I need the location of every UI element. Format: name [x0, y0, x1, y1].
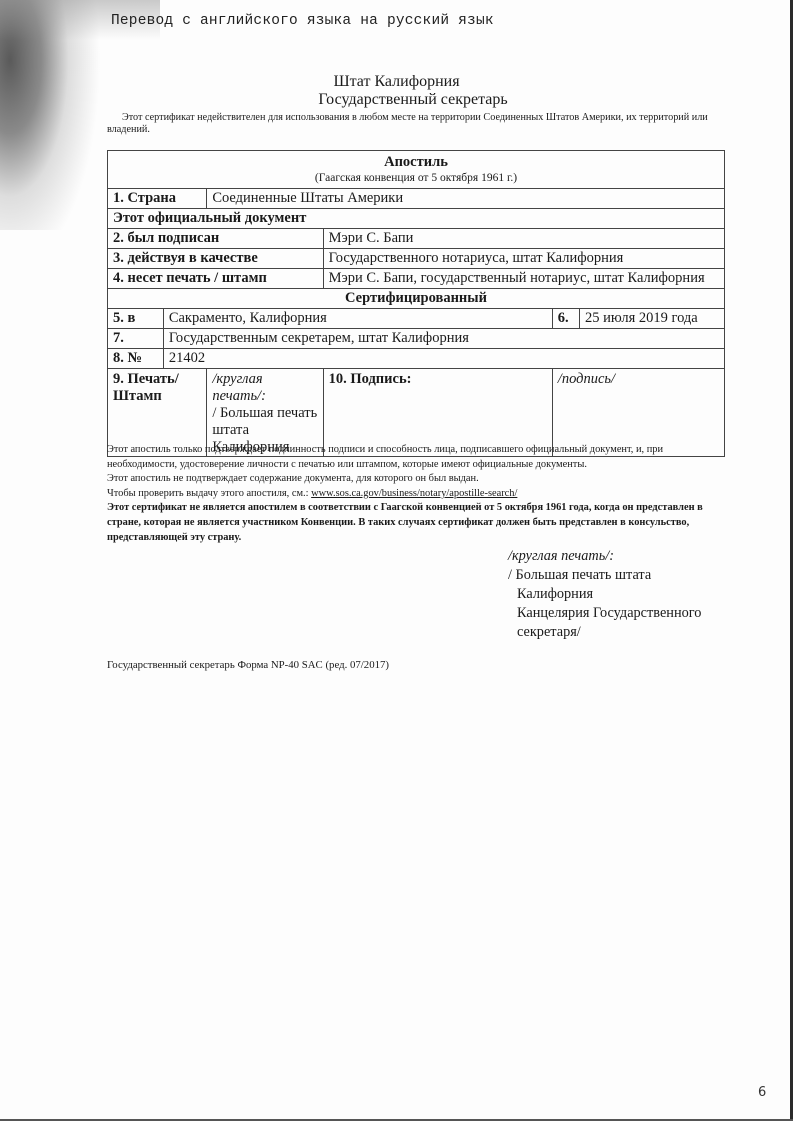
translation-note: Перевод с английского языка на русский я… — [111, 13, 494, 29]
by-row: 7. Государственным секретарем, штат Кали… — [108, 329, 725, 349]
stamp-value-line2: / Большая печать — [212, 405, 317, 422]
state-title: Штат Калифорния — [0, 73, 793, 91]
seal-note-line1: /круглая печать/: — [508, 547, 701, 566]
country-value: Соединенные Штаты Америки — [207, 189, 725, 209]
office-title: Государственный секретарь — [0, 91, 793, 109]
form-number: Государственный секретарь Форма NP-40 SA… — [107, 659, 389, 671]
certified-label: Сертифицированный — [108, 289, 725, 309]
date-label: 6. — [552, 309, 579, 329]
seal-row: 4. несет печать / штамп Мэри С. Бапи, го… — [108, 269, 725, 289]
this-document-row: Этот официальный документ — [108, 209, 725, 229]
seal-note-line5: секретаря/ — [508, 623, 701, 642]
country-label: 1. Страна — [108, 189, 207, 209]
at-label: 5. в — [108, 309, 164, 329]
acting-value: Государственного нотариуса, штат Калифор… — [323, 249, 724, 269]
seal-value: Мэри С. Бапи, государственный нотариус, … — [323, 269, 724, 289]
apostille-subtitle: (Гаагская конвенция от 5 октября 1961 г.… — [113, 171, 719, 186]
note-verify: Чтобы проверить выдачу этого апостиля, с… — [107, 487, 725, 502]
note-convention: Этот сертификат не является апостилем в … — [107, 501, 725, 545]
seal-note: /круглая печать/: / Большая печать штата… — [508, 547, 701, 642]
validity-note: Этот сертификат недействителен для испол… — [107, 112, 725, 136]
apostille-title: Апостиль — [113, 154, 719, 171]
seal-note-line3: Калифорния — [508, 585, 701, 604]
signed-by-value: Мэри С. Бапи — [323, 229, 724, 249]
seal-note-line2: / Большая печать штата — [508, 566, 701, 585]
note-content: Этот апостиль не подтверждает содержание… — [107, 472, 725, 487]
note-verify-prefix: Чтобы проверить выдачу этого апостиля, с… — [107, 488, 311, 499]
country-row: 1. Страна Соединенные Штаты Америки — [108, 189, 725, 209]
certified-row: Сертифицированный — [108, 289, 725, 309]
stamp-value-line1: /круглая печать/: — [212, 371, 317, 405]
apostille-search-link[interactable]: www.sos.ca.gov/business/notary/apostille… — [311, 488, 517, 499]
acting-label: 3. действуя в качестве — [108, 249, 324, 269]
seal-label: 4. несет печать / штамп — [108, 269, 324, 289]
note-authenticity: Этот апостиль только подтверждает подлин… — [107, 443, 725, 472]
apostille-table: Апостиль (Гаагская конвенция от 5 октябр… — [107, 150, 725, 457]
number-row: 8. № 21402 — [108, 349, 725, 369]
by-value: Государственным секретарем, штат Калифор… — [163, 329, 724, 349]
this-document-label: Этот официальный документ — [108, 209, 725, 229]
apostille-title-row: Апостиль (Гаагская конвенция от 5 октябр… — [108, 151, 725, 189]
acting-row: 3. действуя в качестве Государственного … — [108, 249, 725, 269]
by-label: 7. — [108, 329, 164, 349]
at-value: Сакраменто, Калифорния — [163, 309, 552, 329]
date-value: 25 июля 2019 года — [580, 309, 725, 329]
signed-by-row: 2. был подписан Мэри С. Бапи — [108, 229, 725, 249]
seal-note-line4: Канцелярия Государственного — [508, 604, 701, 623]
place-date-row: 5. в Сакраменто, Калифорния 6. 25 июля 2… — [108, 309, 725, 329]
notes-section: Этот апостиль только подтверждает подлин… — [107, 443, 725, 545]
page-number: 6 — [758, 1085, 766, 1100]
signed-by-label: 2. был подписан — [108, 229, 324, 249]
scan-shadow — [0, 0, 110, 230]
number-label: 8. № — [108, 349, 164, 369]
number-value: 21402 — [163, 349, 724, 369]
